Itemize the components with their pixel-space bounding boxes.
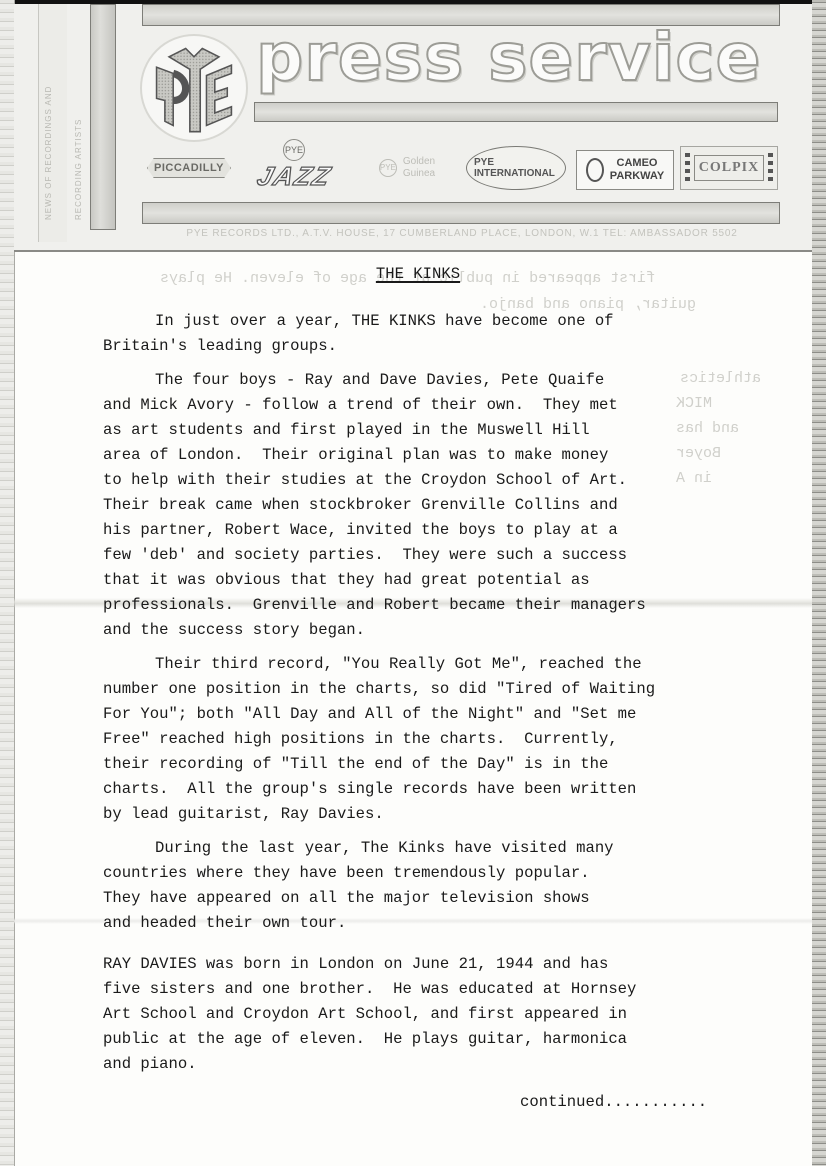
label-golden-guinea: PYE Golden Guinea xyxy=(362,148,452,188)
paragraph-records: Their third record, "You Really Got Me",… xyxy=(103,652,723,827)
scan-right-edge xyxy=(812,0,826,1166)
cameo-medal-icon xyxy=(586,158,604,182)
label-cameo-parkway: CAMEO PARKWAY xyxy=(576,150,674,190)
continued-marker: continued........... xyxy=(520,1093,707,1111)
paragraph-ray-davies: RAY DAVIES was born in London on June 21… xyxy=(103,952,723,1077)
guinea-line: Guinea xyxy=(403,168,435,180)
scan-left-edge xyxy=(0,0,15,1166)
golden-line: Golden xyxy=(403,156,435,168)
letterhead-side-text: NEWS OF RECORDINGS AND xyxy=(44,40,62,220)
press-release-body: THE KINKS In just over a year, THE KINKS… xyxy=(103,262,723,1086)
letterhead-bottom-bar xyxy=(142,202,780,224)
document-heading: THE KINKS xyxy=(113,262,723,287)
label-piccadilly: PICCADILLY xyxy=(145,148,233,188)
label-pye-international: PYE INTERNATIONAL xyxy=(466,140,566,196)
film-strip-icon xyxy=(768,153,773,183)
label-pye-jazz: PYE JAZZ xyxy=(242,136,346,194)
paragraph-origins: The four boys - Ray and Dave Davies, Pet… xyxy=(103,368,723,643)
cameo-line: CAMEO xyxy=(610,157,664,170)
pye-badge-icon: PYE xyxy=(379,159,397,177)
label-colpix: COLPIX xyxy=(680,146,778,190)
pye-badge-icon: PYE xyxy=(283,139,305,161)
pye-logo-icon xyxy=(140,34,248,142)
letterhead-address: PYE RECORDS LTD., A.T.V. HOUSE, 17 CUMBE… xyxy=(142,228,782,239)
paragraph-touring: During the last year, The Kinks have vis… xyxy=(103,836,723,936)
jazz-logo: JAZZ xyxy=(253,161,334,192)
colpix-logo: COLPIX xyxy=(694,155,764,181)
paragraph-intro: In just over a year, THE KINKS have beco… xyxy=(103,309,723,359)
parkway-line: PARKWAY xyxy=(610,170,664,183)
press-service-title: press service xyxy=(256,18,786,98)
letterhead-tagline-bar xyxy=(254,102,778,122)
film-strip-icon xyxy=(685,153,690,183)
pye-international-logo: PYE INTERNATIONAL xyxy=(466,146,566,190)
piccadilly-logo: PICCADILLY xyxy=(147,158,231,178)
letterhead-vertical-bar xyxy=(90,4,116,230)
heading-text: THE KINKS xyxy=(376,265,460,283)
